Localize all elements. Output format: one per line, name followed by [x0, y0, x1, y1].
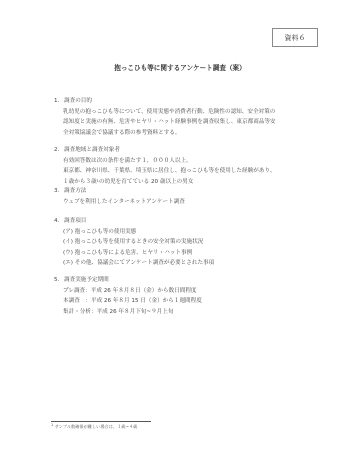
document-title: 抱っこひも等に関するアンケート調査（案）	[0, 62, 360, 72]
section-survey-items: 4.調査項目 (ア) 抱っこひも等の使用実態 (イ) 抱っこひも等を使用するとき…	[54, 216, 314, 269]
section-number: 2.	[54, 145, 64, 156]
document-page: 資料６ 抱っこひも等に関するアンケート調査（案） 1.調査の目的 乳幼児の抱っこ…	[0, 0, 360, 466]
section-title: 調査実施予定期間	[64, 277, 109, 283]
section-heading: 3.調査方法	[54, 186, 314, 197]
list-item: (ア) 抱っこひも等の使用実態	[63, 227, 314, 238]
list-item: (エ) その他、協議会にてアンケート調査が必要とされた事項	[63, 258, 314, 269]
footnote-divider	[51, 421, 151, 422]
section-title: 調査項目	[64, 218, 86, 224]
section-body: ウェブを利用したインターネットアンケート調査	[54, 197, 314, 208]
section-number: 4.	[54, 216, 64, 227]
section-region-and-subjects: 2.調査地域と調査対象者 有効回答数は次の条件を満たす１，０００人以上。 東京都…	[54, 145, 314, 187]
section-number: 3.	[54, 186, 64, 197]
body-line: 全対策協議会で協議する際の参考資料とする。	[63, 128, 314, 139]
section-title: 調査方法	[64, 188, 86, 194]
footnote-marker: 1	[51, 423, 53, 427]
section-body: (ア) 抱っこひも等の使用実態 (イ) 抱っこひも等を使用するときの安全対策の実…	[54, 227, 314, 269]
body-line: 乳幼児の抱っこひも等について、使用実態や消費者行動、危険性の認知、安全対策の	[63, 107, 314, 118]
body-line: 認知度と実施の有無、危害やヒヤリ・ハット経験事例を調査収集し、東京都商品等安	[63, 117, 314, 128]
footnote-reference: 1	[97, 179, 99, 183]
schedule-line: 集計・分析：平成 26 年８月下旬~９月上旬	[63, 307, 314, 318]
footnote: 1 サンプル数確保が難しい場合は、１歳~４歳	[51, 424, 137, 430]
section-method: 3.調査方法 ウェブを利用したインターネットアンケート調査	[54, 186, 314, 207]
list-item: (ウ) 抱っこひも等による危害、ヒヤリ・ハット事例	[63, 248, 314, 259]
body-line: ウェブを利用したインターネットアンケート調査	[63, 197, 314, 208]
body-text: １歳から３歳	[63, 179, 97, 185]
section-body: 乳幼児の抱っこひも等について、使用実態や消費者行動、危険性の認知、安全対策の 認…	[54, 107, 314, 139]
section-number: 5.	[54, 275, 64, 286]
section-heading: 1.調査の目的	[54, 96, 314, 107]
section-schedule: 5.調査実施予定期間 プレ調査：平成 26 年８月８日（金）から数日間程度 本調…	[54, 275, 314, 317]
document-label-box: 資料６	[272, 28, 318, 47]
section-title: 調査地域と調査対象者	[64, 147, 120, 153]
section-number: 1.	[54, 96, 64, 107]
section-heading: 5.調査実施予定期間	[54, 275, 314, 286]
section-body: 有効回答数は次の条件を満たす１，０００人以上。 東京都、神奈川県、千葉県、埼玉県…	[54, 156, 314, 188]
schedule-line: プレ調査：平成 26 年８月８日（金）から数日間程度	[63, 286, 314, 297]
list-item: (イ) 抱っこひも等を使用するときの安全対策の実施状況	[63, 237, 314, 248]
section-heading: 2.調査地域と調査対象者	[54, 145, 314, 156]
footnote-text: サンプル数確保が難しい場合は、１歳~４歳	[55, 424, 138, 429]
section-heading: 4.調査項目	[54, 216, 314, 227]
schedule-line: 本調査 ：平成 26 年８月 15 日（金）から１週間程度	[63, 296, 314, 307]
body-text: の幼児を育てている 20 歳以上の男女	[99, 179, 194, 185]
section-purpose: 1.調査の目的 乳幼児の抱っこひも等について、使用実態や消費者行動、危険性の認知…	[54, 96, 314, 138]
section-title: 調査の目的	[64, 98, 92, 104]
body-line: 有効回答数は次の条件を満たす１，０００人以上。	[63, 156, 314, 167]
document-label: 資料６	[285, 33, 306, 43]
body-line: 東京都、神奈川県、千葉県、埼玉県に居住し、抱っこひも等を使用した経験があり、	[63, 166, 314, 177]
section-body: プレ調査：平成 26 年８月８日（金）から数日間程度 本調査 ：平成 26 年８…	[54, 286, 314, 318]
